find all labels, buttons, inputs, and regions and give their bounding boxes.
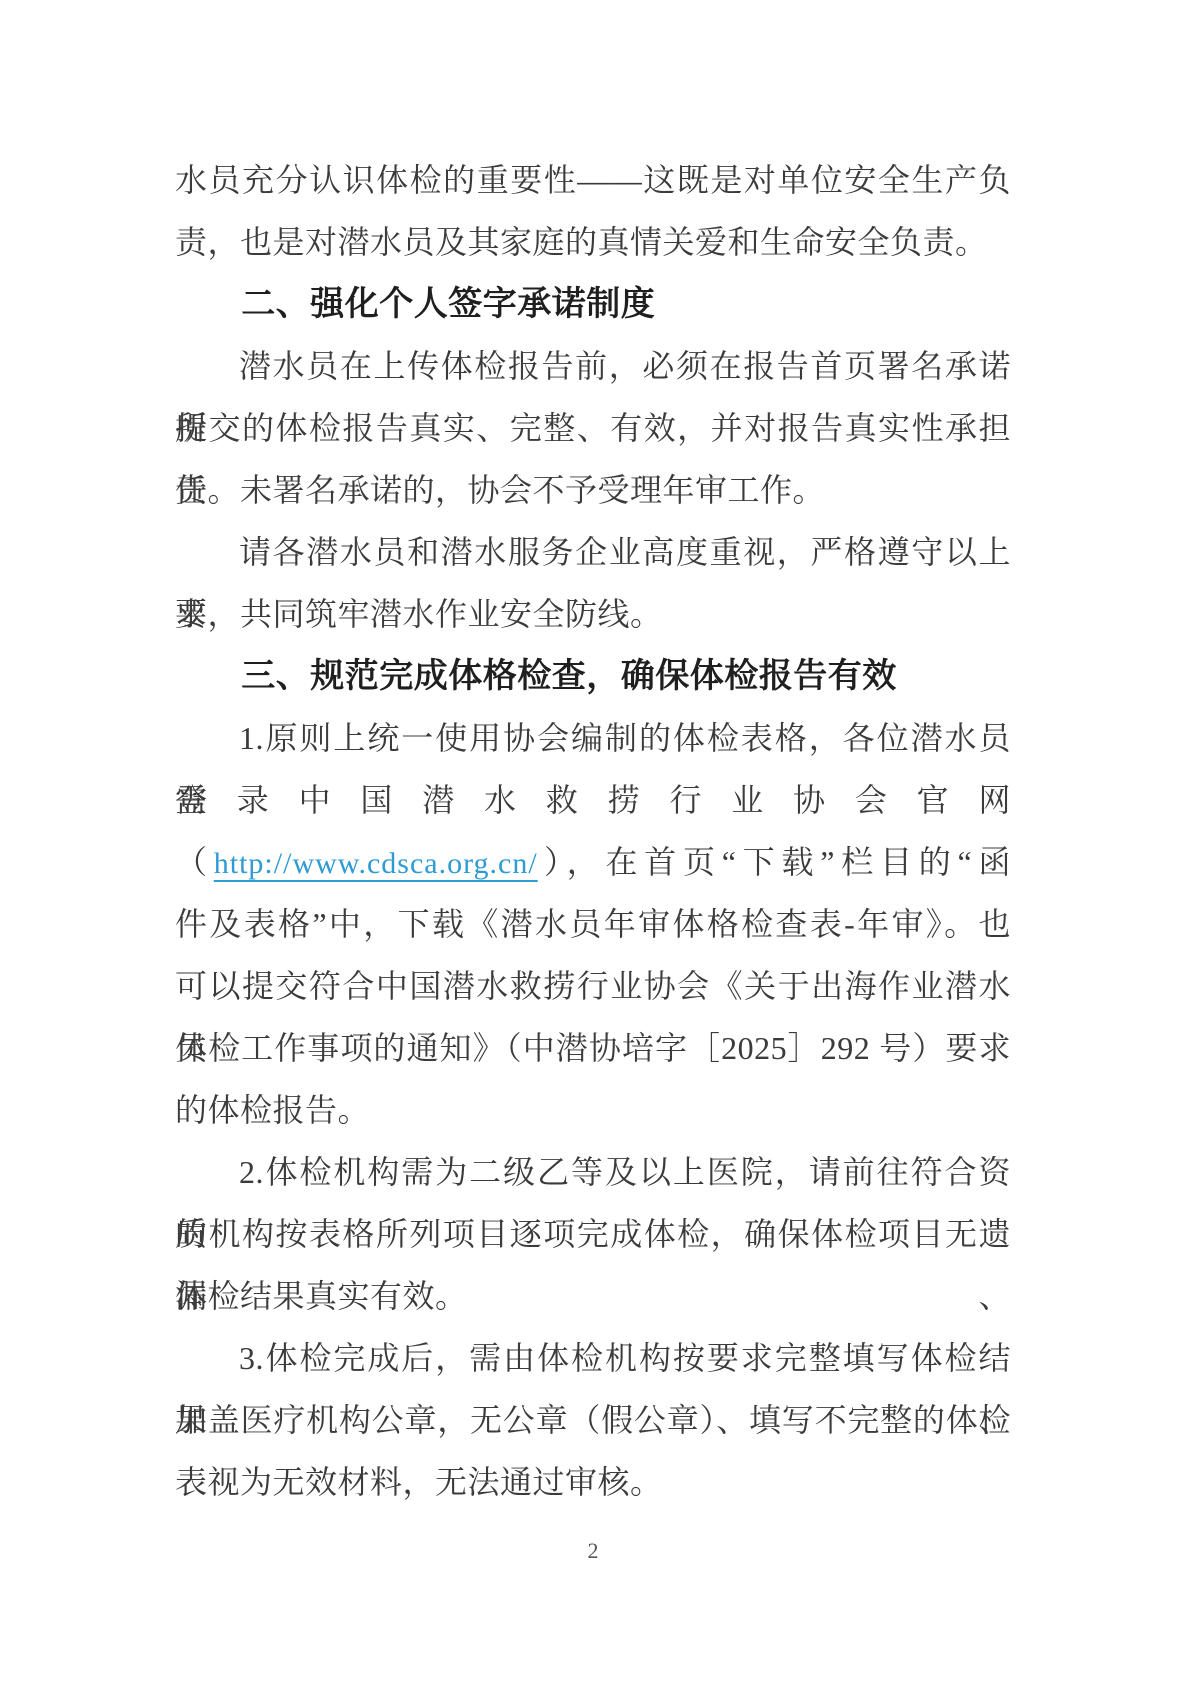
text-line: 提交的体检报告真实、完整、有效，并对报告真实性承担责 xyxy=(175,397,1011,459)
page-number: 2 xyxy=(175,1538,1011,1564)
text-line: 可以提交符合中国潜水救捞行业协会《关于出海作业潜水员 xyxy=(175,955,1011,1017)
text-line: （http://www.cdsca.org.cn/），在首页“下载”栏目的“函 xyxy=(175,831,1011,893)
text-line: 加盖医疗机构公章，无公章（假公章）、填写不完整的体检 xyxy=(175,1389,1011,1451)
text-segment: ），在首页“下载”栏目的“函 xyxy=(538,844,1011,880)
text-line: 求，共同筑牢潜水作业安全防线。 xyxy=(175,583,1011,645)
text-line: 水员充分认识体检的重要性——这既是对单位安全生产负 xyxy=(175,149,1011,211)
text-line: 的体检报告。 xyxy=(175,1079,1011,1141)
text-line: 责，也是对潜水员及其家庭的真情关爱和生命安全负责。 xyxy=(175,211,1011,273)
text-line: 3.体检完成后，需由体检机构按要求完整填写体检结果、 xyxy=(175,1327,1011,1389)
text-line: 登录中国潜水救捞行业协会官网 xyxy=(175,769,1011,831)
text-line: 潜水员在上传体检报告前，必须在报告首页署名承诺所 xyxy=(175,335,1011,397)
text-line: 1.原则上统一使用协会编制的体检表格，各位潜水员需 xyxy=(175,707,1011,769)
text-line: 体检工作事项的通知》（中潜协培字［2025］292 号）要求 xyxy=(175,1017,1011,1079)
text-line: 任。未署名承诺的，协会不予受理年审工作。 xyxy=(175,459,1011,521)
text-segment: （ xyxy=(175,844,214,880)
text-line: 的机构按表格所列项目逐项完成体检，确保体检项目无遗漏、 xyxy=(175,1203,1011,1265)
text-line: 请各潜水员和潜水服务企业高度重视，严格遵守以上要 xyxy=(175,521,1011,583)
text-line: 表视为无效材料，无法通过审核。 xyxy=(175,1451,1011,1513)
hyperlink-url[interactable]: http://www.cdsca.org.cn/ xyxy=(214,847,538,880)
document-lines: 水员充分认识体检的重要性——这既是对单位安全生产负责，也是对潜水员及其家庭的真情… xyxy=(175,149,1011,1513)
section-heading: 三、规范完成体格检查，确保体检报告有效 xyxy=(175,645,1011,707)
section-heading: 二、强化个人签字承诺制度 xyxy=(175,273,1011,335)
text-line: 件及表格”中，下载《潜水员年审体格检查表-年审》。也 xyxy=(175,893,1011,955)
text-line: 2.体检机构需为二级乙等及以上医院，请前往符合资质 xyxy=(175,1141,1011,1203)
document-page: 水员充分认识体检的重要性——这既是对单位安全生产负责，也是对潜水员及其家庭的真情… xyxy=(0,0,1192,1685)
